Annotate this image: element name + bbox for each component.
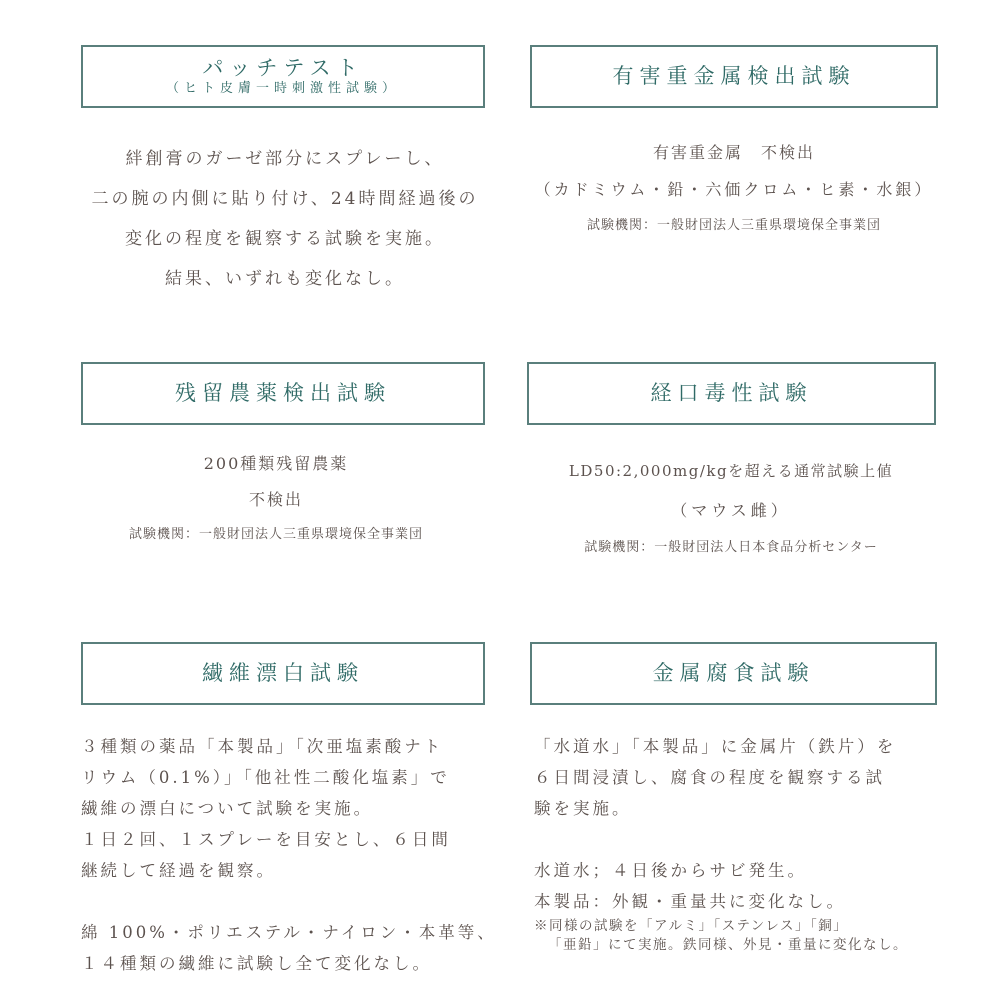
- body-line: 二の腕の内側に貼り付け、24時間経過後の: [75, 179, 495, 219]
- footnote: ※同様の試験を「アルミ」「ステンレス」「銅」: [534, 917, 954, 936]
- ld50-line: LD50:2,000mg/kgを超える通常試験上値: [521, 452, 941, 490]
- test-institution: 試験機関：一般財団法人日本食品分析センター: [521, 532, 941, 564]
- body-line: １４種類の繊維に試験し全て変化なし。: [81, 948, 501, 979]
- section-title: 繊維漂白試験: [202, 661, 364, 685]
- section-title: 残留農薬検出試験: [175, 381, 391, 405]
- section-title: 金属腐食試験: [653, 661, 815, 685]
- title-box-pesticide: 残留農薬検出試験: [81, 362, 485, 425]
- section-subtitle: （ヒト皮膚一時刺激性試験）: [166, 81, 400, 97]
- section-body: 絆創膏のガーゼ部分にスプレーし、 二の腕の内側に貼り付け、24時間経過後の 変化…: [75, 139, 495, 299]
- metal-list-line: （カドミウム・鉛・六価クロム・ヒ素・水銀）: [524, 171, 944, 209]
- body-line: 継続して経過を観察。: [81, 855, 501, 886]
- spacer: [534, 824, 954, 855]
- section-title: 経口毒性試験: [651, 381, 813, 405]
- body-line: 繊維の漂白について試験を実施。: [81, 793, 501, 824]
- title-box-fiber-bleach: 繊維漂白試験: [81, 642, 485, 705]
- result-tapwater: 水道水；４日後からサビ発生。: [534, 855, 954, 886]
- body-line: 「水道水」「本製品」に金属片（鉄片）を: [534, 731, 954, 762]
- section-body: 有害重金属 不検出 （カドミウム・鉛・六価クロム・ヒ素・水銀） 試験機関：一般財…: [524, 135, 944, 243]
- section-title: パッチテスト: [202, 56, 363, 80]
- section-body: 200種類残留農薬 不検出 試験機関：一般財団法人三重県環境保全事業団: [66, 446, 486, 552]
- title-box-oral-toxicity: 経口毒性試験: [527, 362, 936, 425]
- result-line: 有害重金属 不検出: [524, 135, 944, 171]
- body-line: 験を実施。: [534, 793, 954, 824]
- body-line: 結果、いずれも変化なし。: [75, 259, 495, 299]
- test-institution: 試験機関：一般財団法人三重県環境保全事業団: [66, 518, 486, 552]
- footnote: 「亜鉛」にて実施。鉄同様、外見・重量に変化なし。: [534, 936, 954, 955]
- subject-line: （マウス雌）: [521, 490, 941, 532]
- title-box-metal-corrosion: 金属腐食試験: [530, 642, 937, 705]
- result-product: 本製品：外観・重量共に変化なし。: [534, 886, 954, 917]
- body-line: 絆創膏のガーゼ部分にスプレーし、: [75, 139, 495, 179]
- body-line: 綿 100%・ポリエステル・ナイロン・本革等、: [81, 917, 501, 948]
- section-title: 有害重金属検出試験: [613, 64, 856, 88]
- section-body: 「水道水」「本製品」に金属片（鉄片）を ６日間浸漬し、腐食の程度を観察する試 験…: [534, 731, 954, 955]
- body-line: ６日間浸漬し、腐食の程度を観察する試: [534, 762, 954, 793]
- title-box-heavy-metal: 有害重金属検出試験: [530, 45, 938, 108]
- section-body: LD50:2,000mg/kgを超える通常試験上値 （マウス雌） 試験機関：一般…: [521, 452, 941, 564]
- title-box-patch-test: パッチテスト （ヒト皮膚一時刺激性試験）: [81, 45, 485, 108]
- body-line: 変化の程度を観察する試験を実施。: [75, 219, 495, 259]
- body-line: ３種類の薬品「本製品」「次亜塩素酸ナト: [81, 731, 501, 762]
- body-line: １日２回、１スプレーを目安とし、６日間: [81, 824, 501, 855]
- result-line: 不検出: [66, 482, 486, 518]
- body-line: リウム（0.1%）」「他社性二酸化塩素」で: [81, 762, 501, 793]
- section-body: ３種類の薬品「本製品」「次亜塩素酸ナト リウム（0.1%）」「他社性二酸化塩素」…: [81, 731, 501, 979]
- spacer: [81, 886, 501, 917]
- test-institution: 試験機関：一般財団法人三重県環境保全事業団: [524, 209, 944, 243]
- body-line: 200種類残留農薬: [66, 446, 486, 482]
